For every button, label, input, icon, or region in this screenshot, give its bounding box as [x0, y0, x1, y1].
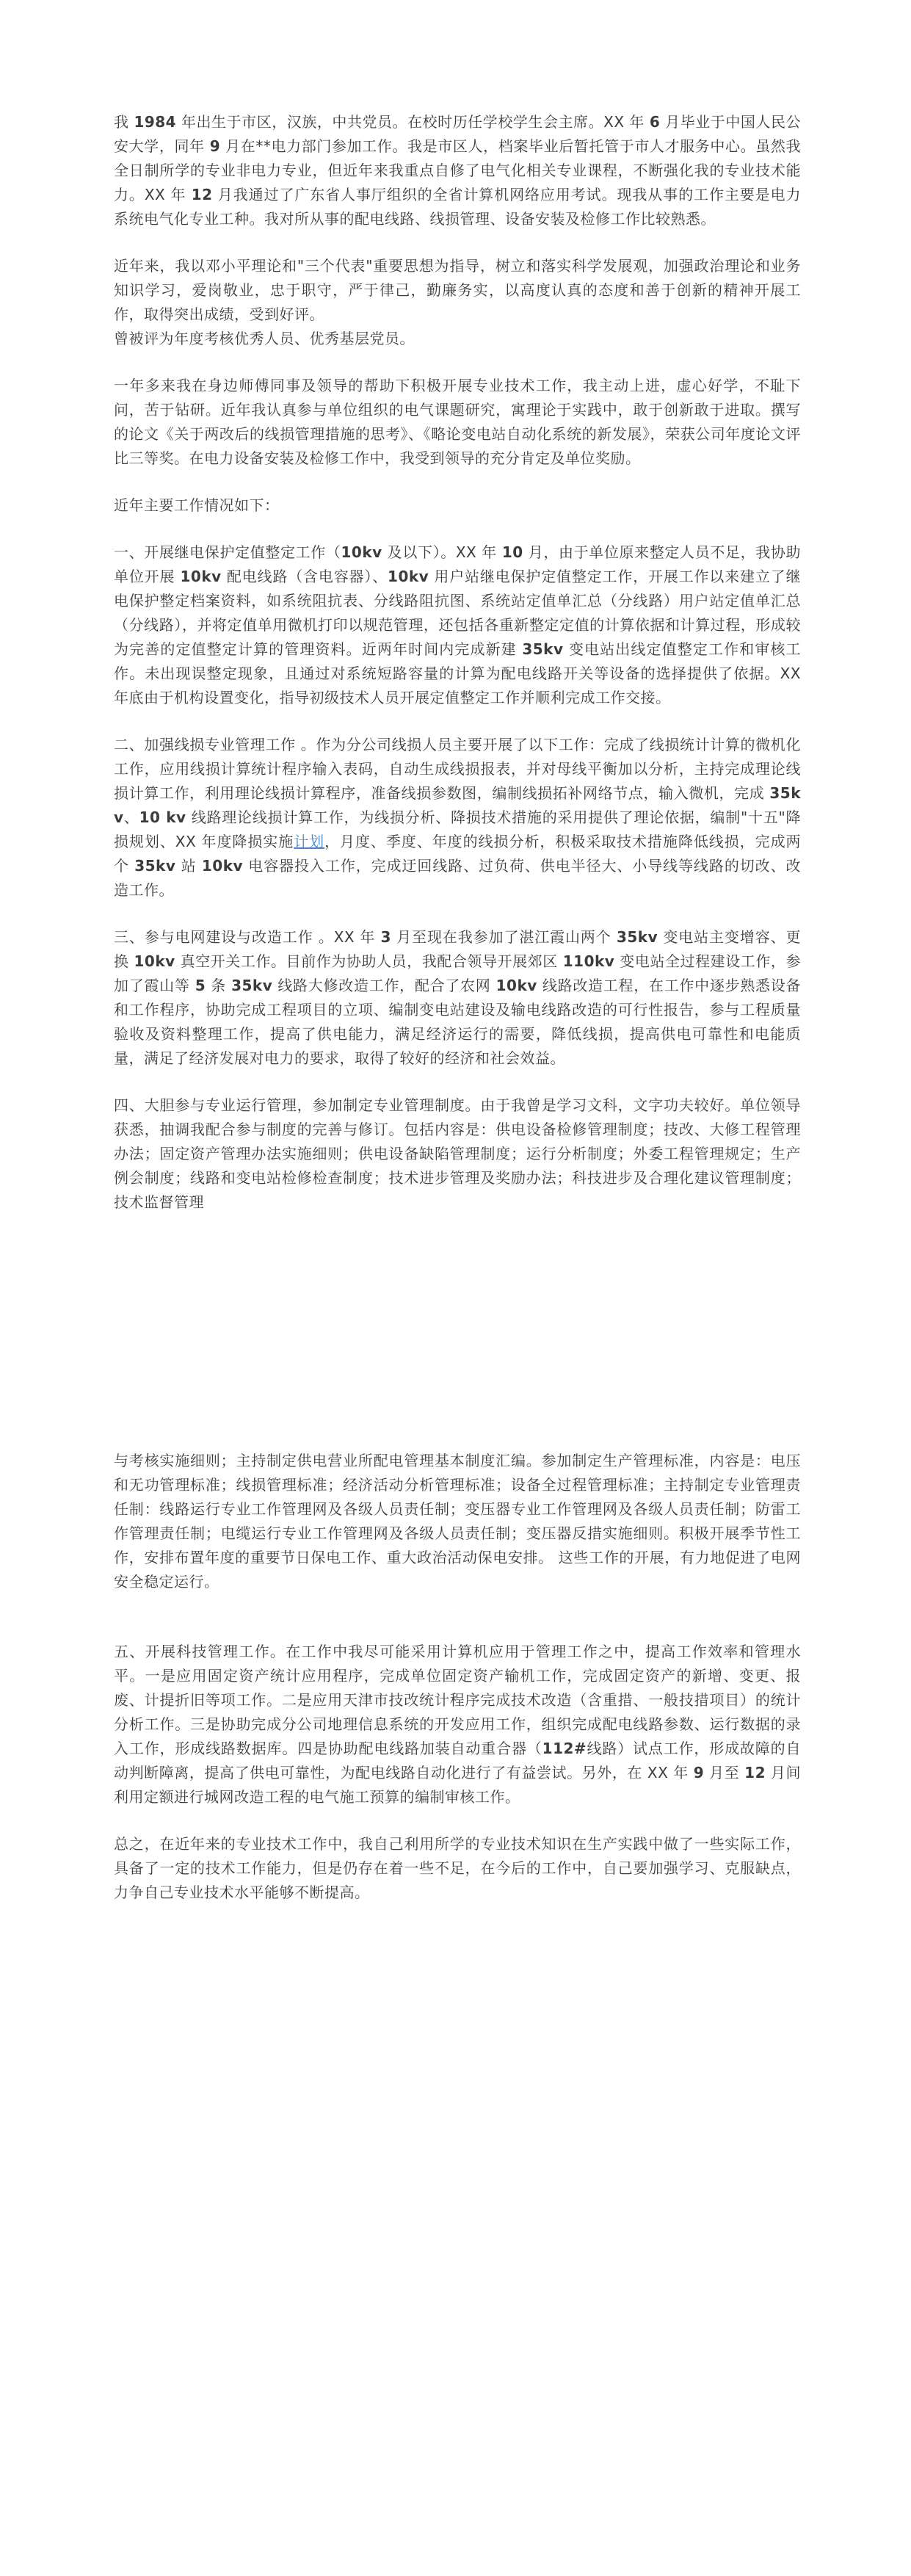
- paragraph-awards-text: 曾被评为年度考核优秀人员、优秀基层党员。: [114, 330, 415, 347]
- conclusion-text: 总之，在近年来的专业技术工作中，我自己利用所学的专业技术知识在生产实践中做了一些…: [114, 1835, 801, 1901]
- paragraph-learning-text: 一年多来我在身边师傅同事及领导的帮助下积极开展专业技术工作，我主动上进，虚心好学…: [114, 377, 801, 467]
- section-1-text: 一、开展继电保护定值整定工作（10kv 及以下）。XX 年 10 月，由于单位原…: [114, 543, 801, 706]
- section-4-part-2-text: 与考核实施细则；主持制定供电营业所配电管理基本制度汇编。参加制定生产管理标准，内…: [114, 1452, 801, 1591]
- paragraph-section-5-technology: 五、开展科技管理工作。在工作中我尽可能采用计算机应用于管理工作之中，提高工作效率…: [114, 1640, 801, 1809]
- section-3-text: 三、参与电网建设与改造工作 。XX 年 3 月至现在我参加了湛江霞山两个 35k…: [114, 928, 801, 1067]
- paragraph-learning: 一年多来我在身边师傅同事及领导的帮助下积极开展专业技术工作，我主动上进，虚心好学…: [114, 374, 801, 471]
- paragraph-conclusion: 总之，在近年来的专业技术工作中，我自己利用所学的专业技术知识在生产实践中做了一些…: [114, 1832, 801, 1905]
- paragraph-section-1-relay-protection: 一、开展继电保护定值整定工作（10kv 及以下）。XX 年 10 月，由于单位原…: [114, 540, 801, 710]
- page-break-gap: [114, 1215, 801, 1449]
- paragraph-section-4-management-part-1: 四、大胆参与专业运行管理，参加制定专业管理制度。由于我曾是学习文科，文字功夫较好…: [114, 1093, 801, 1215]
- paragraph-awards: 曾被评为年度考核优秀人员、优秀基层党员。: [114, 327, 801, 351]
- document-page: 我 1984 年出生于市区，汉族，中共党员。在校时历任学校学生会主席。XX 年 …: [0, 0, 911, 2576]
- paragraph-recent-work-intro-text: 近年主要工作情况如下：: [114, 496, 280, 514]
- paragraph-political: 近年来，我以邓小平理论和"三个代表"重要思想为指导，树立和落实科学发展观，加强政…: [114, 254, 801, 327]
- section-4-part-1-text: 四、大胆参与专业运行管理，参加制定专业管理制度。由于我曾是学习文科，文字功夫较好…: [114, 1096, 801, 1211]
- paragraph-intro: 我 1984 年出生于市区，汉族，中共党员。在校时历任学校学生会主席。XX 年 …: [114, 110, 801, 231]
- paragraph-section-3-grid-construction: 三、参与电网建设与改造工作 。XX 年 3 月至现在我参加了湛江霞山两个 35k…: [114, 925, 801, 1071]
- paragraph-intro-text: 我 1984 年出生于市区，汉族，中共党员。在校时历任学校学生会主席。XX 年 …: [114, 113, 801, 228]
- section-5-text: 五、开展科技管理工作。在工作中我尽可能采用计算机应用于管理工作之中，提高工作效率…: [114, 1643, 801, 1806]
- paragraph-political-text: 近年来，我以邓小平理论和"三个代表"重要思想为指导，树立和落实科学发展观，加强政…: [114, 257, 801, 323]
- document-content: 我 1984 年出生于市区，汉族，中共党员。在校时历任学校学生会主席。XX 年 …: [0, 0, 911, 1905]
- paragraph-recent-work-intro: 近年主要工作情况如下：: [114, 493, 801, 518]
- paragraph-section-2-line-loss: 二、加强线损专业管理工作 。作为分公司线损人员主要开展了以下工作：完成了线损统计…: [114, 733, 801, 902]
- plan-link[interactable]: 计划: [294, 833, 324, 850]
- paragraph-section-4-management-part-2: 与考核实施细则；主持制定供电营业所配电管理基本制度汇编。参加制定生产管理标准，内…: [114, 1449, 801, 1594]
